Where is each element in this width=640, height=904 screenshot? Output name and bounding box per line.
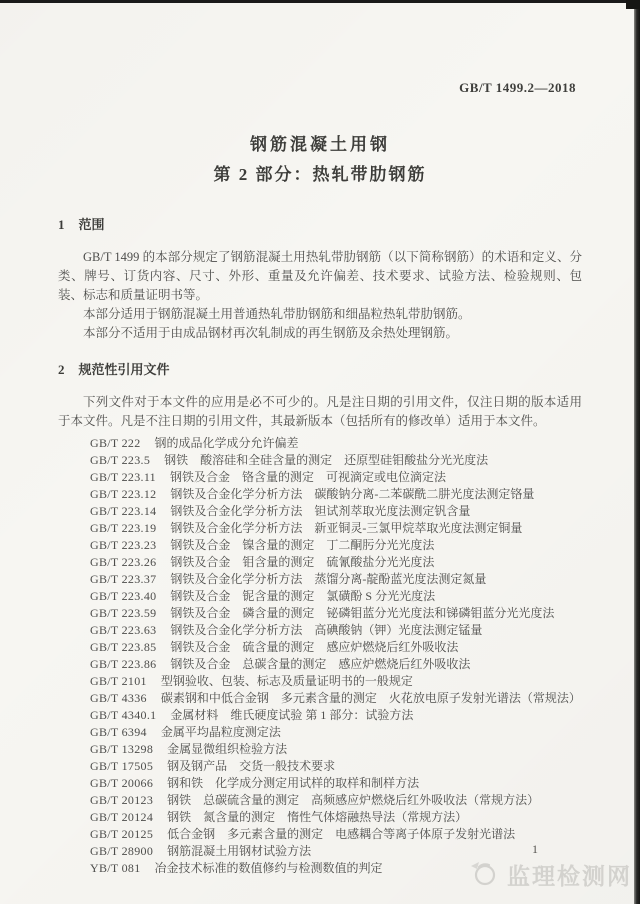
reference-item: GB/T 223.11钢铁及合金 铬含量的测定 可视滴定或电位滴定法 [90, 469, 582, 486]
section-2-number: 2 [58, 362, 65, 377]
reference-item: GB/T 223.5钢铁 酸溶硅和全硅含量的测定 还原型硅钼酸盐分光光度法 [90, 452, 582, 469]
reference-title: 钢的成品化学成分允许偏差 [155, 436, 299, 450]
reference-title: 冶金技术标准的数值修约与检测数值的判定 [155, 861, 383, 875]
reference-code: GB/T 17505 [90, 758, 153, 775]
watermark-logo-icon [467, 856, 501, 893]
reference-title: 钢铁及合金 磷含量的测定 铋磷钼蓝分光光度法和锑磷钼蓝分光光度法 [170, 606, 554, 620]
watermark: 监理检测网 [467, 856, 632, 893]
reference-title: 金属平均晶粒度测定法 [161, 725, 281, 739]
reference-code: GB/T 20123 [90, 792, 153, 809]
reference-code: GB/T 4336 [90, 690, 147, 707]
reference-item: GB/T 20124钢铁 氮含量的测定 惰性气体熔融热导法（常规方法） [90, 809, 582, 826]
reference-title: 钢铁及合金 钼含量的测定 硫氰酸盐分光光度法 [170, 555, 434, 569]
scan-edge-corner [626, 0, 640, 9]
reference-title: 钢铁及合金化学分析方法 钽试剂萃取光度法测定钒含量 [170, 504, 470, 518]
reference-title: 钢铁及合金化学分析方法 碳酸钠分离-二苯碳酰二肼光度法测定铬量 [170, 487, 534, 501]
reference-item: GB/T 13298金属显微组织检验方法 [90, 741, 582, 758]
section-2-heading: 2规范性引用文件 [58, 359, 582, 378]
reference-title: 钢及钢产品 交货一般技术要求 [167, 759, 335, 773]
reference-item: GB/T 223.26钢铁及合金 钼含量的测定 硫氰酸盐分光光度法 [90, 554, 582, 571]
reference-code: GB/T 223.37 [90, 571, 156, 588]
reference-item: GB/T 223.12钢铁及合金化学分析方法 碳酸钠分离-二苯碳酰二肼光度法测定… [90, 486, 582, 503]
reference-code: GB/T 223.26 [90, 554, 156, 571]
reference-list: GB/T 222钢的成品化学成分允许偏差GB/T 223.5钢铁 酸溶硅和全硅含… [58, 435, 582, 877]
reference-item: GB/T 223.40钢铁及合金 铌含量的测定 氯磺酚 S 分光光度法 [90, 588, 582, 605]
reference-item: GB/T 4340.1金属材料 维氏硬度试验 第 1 部分：试验方法 [90, 707, 582, 724]
page-content: 钢筋混凝土用钢 第 2 部分：热轧带肋钢筋 1范围 GB/T 1499 的本部分… [58, 0, 582, 877]
reference-code: GB/T 223.63 [90, 622, 156, 639]
reference-title: 钢铁及合金化学分析方法 高碘酸钠（钾）光度法测定锰量 [170, 623, 482, 637]
reference-code: GB/T 223.19 [90, 520, 156, 537]
reference-item: GB/T 223.23钢铁及合金 镍含量的测定 丁二酮肟分光光度法 [90, 537, 582, 554]
reference-item: GB/T 20125低合金钢 多元素含量的测定 电感耦合等离子体原子发射光谱法 [90, 826, 582, 843]
reference-code: GB/T 223.14 [90, 503, 156, 520]
reference-code: GB/T 223.12 [90, 486, 156, 503]
page-number: 1 [532, 842, 538, 857]
reference-title: 钢铁及合金化学分析方法 蒸馏分离-靛酚蓝光度法测定氮量 [170, 572, 486, 586]
doc-title-line2: 第 2 部分：热轧带肋钢筋 [58, 164, 582, 186]
reference-item: GB/T 6394金属平均晶粒度测定法 [90, 724, 582, 741]
reference-title: 金属材料 维氏硬度试验 第 1 部分：试验方法 [170, 708, 413, 722]
reference-title: 钢筋混凝土用钢材试验方法 [167, 844, 311, 858]
reference-title: 钢铁及合金 铌含量的测定 氯磺酚 S 分光光度法 [170, 589, 435, 603]
reference-code: GB/T 223.11 [90, 469, 156, 486]
reference-item: GB/T 20066钢和铁 化学成分测定用试样的取样和制样方法 [90, 775, 582, 792]
reference-title: 钢铁及合金 硫含量的测定 感应炉燃烧后红外吸收法 [170, 640, 458, 654]
reference-title: 钢和铁 化学成分测定用试样的取样和制样方法 [167, 776, 419, 790]
reference-title: 低合金钢 多元素含量的测定 电感耦合等离子体原子发射光谱法 [167, 827, 515, 841]
reference-title: 钢铁及合金 镍含量的测定 丁二酮肟分光光度法 [170, 538, 434, 552]
reference-code: GB/T 223.23 [90, 537, 156, 554]
reference-item: GB/T 223.37钢铁及合金化学分析方法 蒸馏分离-靛酚蓝光度法测定氮量 [90, 571, 582, 588]
reference-item: GB/T 222钢的成品化学成分允许偏差 [90, 435, 582, 452]
reference-code: GB/T 2101 [90, 673, 147, 690]
reference-title: 钢铁 酸溶硅和全硅含量的测定 还原型硅钼酸盐分光光度法 [164, 453, 488, 467]
references-intro-paragraph: 下列文件对于本文件的应用是必不可少的。凡是注日期的引用文件，仅注日期的版本适用于… [58, 393, 582, 431]
reference-title: 钢铁及合金化学分析方法 新亚铜灵-三氯甲烷萃取光度法测定铜量 [170, 521, 522, 535]
reference-title: 钢铁及合金 总碳含量的测定 感应炉燃烧后红外吸收法 [170, 657, 470, 671]
reference-code: GB/T 223.59 [90, 605, 156, 622]
document-page: GB/T 1499.2—2018 钢筋混凝土用钢 第 2 部分：热轧带肋钢筋 1… [0, 0, 640, 904]
reference-code: GB/T 20124 [90, 809, 153, 826]
reference-code: GB/T 223.40 [90, 588, 156, 605]
reference-title: 钢铁 总碳硫含量的测定 高频感应炉燃烧后红外吸收法（常规方法） [167, 793, 539, 807]
watermark-text: 监理检测网 [507, 858, 632, 891]
reference-title: 型钢验收、包装、标志及质量证明书的一般规定 [161, 674, 413, 688]
reference-title: 钢铁 氮含量的测定 惰性气体熔融热导法（常规方法） [167, 810, 467, 824]
reference-item: GB/T 223.85钢铁及合金 硫含量的测定 感应炉燃烧后红外吸收法 [90, 639, 582, 656]
reference-code: GB/T 20125 [90, 826, 153, 843]
reference-code: GB/T 20066 [90, 775, 153, 792]
scope-paragraph-2: 本部分适用于钢筋混凝土用普通热轧带肋钢筋和细晶粒热轧带肋钢筋。 [58, 305, 582, 324]
section-1-title: 范围 [79, 217, 105, 232]
reference-item: GB/T 20123钢铁 总碳硫含量的测定 高频感应炉燃烧后红外吸收法（常规方法… [90, 792, 582, 809]
reference-code: GB/T 13298 [90, 741, 153, 758]
reference-item: GB/T 223.86钢铁及合金 总碳含量的测定 感应炉燃烧后红外吸收法 [90, 656, 582, 673]
reference-code: GB/T 28900 [90, 843, 153, 860]
reference-item: GB/T 17505钢及钢产品 交货一般技术要求 [90, 758, 582, 775]
doc-title-line1: 钢筋混凝土用钢 [58, 134, 582, 156]
reference-item: GB/T 4336碳素钢和中低合金钢 多元素含量的测定 火花放电原子发射光谱法（… [90, 690, 582, 707]
reference-item: GB/T 223.19钢铁及合金化学分析方法 新亚铜灵-三氯甲烷萃取光度法测定铜… [90, 520, 582, 537]
section-1-number: 1 [58, 217, 65, 232]
scan-edge-right [634, 0, 640, 904]
reference-code: GB/T 223.5 [90, 452, 150, 469]
reference-code: GB/T 4340.1 [90, 707, 156, 724]
reference-code: YB/T 081 [90, 860, 141, 877]
reference-item: GB/T 2101型钢验收、包装、标志及质量证明书的一般规定 [90, 673, 582, 690]
reference-title: 碳素钢和中低合金钢 多元素含量的测定 火花放电原子发射光谱法（常规法） [161, 691, 581, 705]
section-1-heading: 1范围 [58, 214, 582, 233]
reference-code: GB/T 222 [90, 435, 141, 452]
reference-item: GB/T 223.59钢铁及合金 磷含量的测定 铋磷钼蓝分光光度法和锑磷钼蓝分光… [90, 605, 582, 622]
scope-paragraph-1: GB/T 1499 的本部分规定了钢筋混凝土用热轧带肋钢筋（以下简称钢筋）的术语… [58, 248, 582, 305]
reference-item: GB/T 223.63钢铁及合金化学分析方法 高碘酸钠（钾）光度法测定锰量 [90, 622, 582, 639]
section-2-title: 规范性引用文件 [79, 362, 170, 377]
reference-title: 金属显微组织检验方法 [167, 742, 287, 756]
scope-paragraph-3: 本部分不适用于由成品钢材再次轧制成的再生钢筋及余热处理钢筋。 [58, 324, 582, 343]
reference-code: GB/T 223.86 [90, 656, 156, 673]
reference-code: GB/T 6394 [90, 724, 147, 741]
reference-item: GB/T 223.14钢铁及合金化学分析方法 钽试剂萃取光度法测定钒含量 [90, 503, 582, 520]
reference-code: GB/T 223.85 [90, 639, 156, 656]
reference-title: 钢铁及合金 铬含量的测定 可视滴定或电位滴定法 [170, 470, 446, 484]
